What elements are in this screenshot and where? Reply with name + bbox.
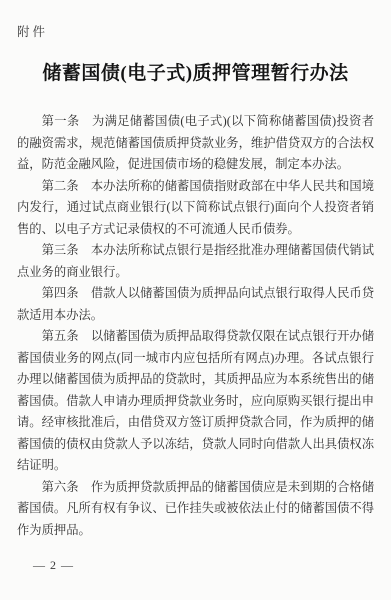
paragraph-article-3: 第三条 本办法所称试点银行是指经批准办理储蓄国债代销试点业务的商业银行。 bbox=[17, 240, 374, 283]
document-body: 第一条 为满足储蓄国债(电子式)(以下简称储蓄国债)投资者的融资需求，规范储蓄国… bbox=[17, 111, 374, 541]
page-number: — 2 — bbox=[33, 558, 74, 573]
paragraph-article-6: 第六条 作为质押贷款质押品的储蓄国债应是未到期的合格储蓄国债。凡所有权有争议、已… bbox=[17, 477, 374, 542]
paragraph-article-2: 第二条 本办法所称的储蓄国债指财政部在中华人民共和国境内发行，通过试点商业银行(… bbox=[17, 176, 374, 241]
attachment-label: 附件 bbox=[17, 22, 48, 40]
paragraph-article-5: 第五条 以储蓄国债为质押品取得贷款仅限在试点银行开办储蓄国债业务的网点(同一城市… bbox=[17, 326, 374, 477]
paragraph-article-4: 第四条 借款人以储蓄国债为质押品向试点银行取得人民币贷款适用本办法。 bbox=[17, 283, 374, 326]
paragraph-article-1: 第一条 为满足储蓄国债(电子式)(以下简称储蓄国债)投资者的融资需求，规范储蓄国… bbox=[17, 111, 374, 176]
document-page: 附件 储蓄国债(电子式)质押管理暂行办法 第一条 为满足储蓄国债(电子式)(以下… bbox=[0, 0, 391, 600]
document-title: 储蓄国债(电子式)质押管理暂行办法 bbox=[0, 58, 391, 85]
